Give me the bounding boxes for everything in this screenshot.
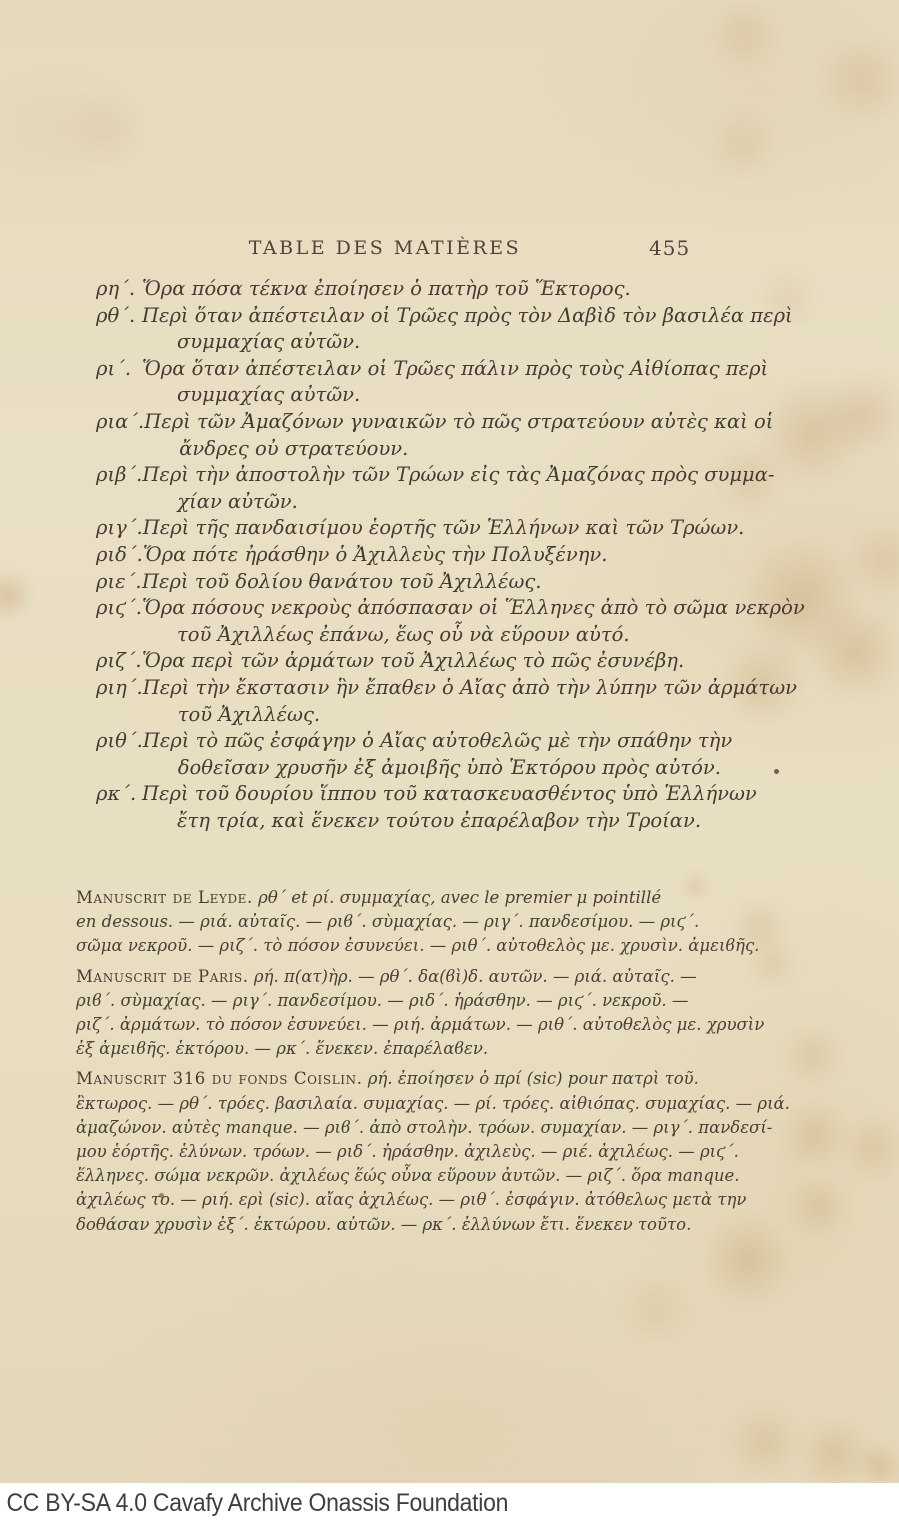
toc-entry: ριδ´. Ὅρα πότε ἠράσθην ὁ Ἀχιλλεὺς τὴν Πο… [96, 542, 696, 569]
toc-entry-label: ριε´. [96, 569, 142, 596]
toc-entry-line: χίαν αὐτῶν. [177, 489, 774, 516]
toc-entry-line: Περὶ τῶν Ἀμαζόνων γυναικῶν τὸ πῶς στρατε… [144, 409, 773, 436]
note-line: δοθάσαν χρυσὶν ἐξ´. ἐκτώρου. αὐτῶν. — ρκ… [76, 1213, 704, 1237]
toc-entry: ρια´. Περὶ τῶν Ἀμαζόνων γυναικῶν τὸ πῶς … [96, 409, 696, 462]
toc-entry-line: Ὅρα περὶ τῶν ἀρμάτων τοῦ Ἀχιλλέως τὸ πῶς… [142, 648, 696, 675]
toc-entry-line: συμμαχίας αὐτῶν. [177, 382, 768, 409]
note-text: ρή. ἐποίησεν ὁ πρί (sic) pour πατρὶ τοῦ. [363, 1069, 699, 1088]
toc-entry-line: συμμαχίας αὐτῶν. [177, 329, 793, 356]
note-line: ἀχιλέως το. — ριή. ερὶ (sic). αἴας ἀχιλέ… [76, 1188, 704, 1212]
toc-entry-line: τοῦ Ἀχιλλέως. [178, 702, 797, 729]
note-coislin: Manuscrit 316 du fonds Coislin. ρή. ἐποί… [76, 1067, 704, 1236]
toc-entry-label: ριζ´. [96, 648, 142, 675]
note-line: Manuscrit de Paris. ρή. π(ατ)ὴρ. — ρθ´. … [76, 967, 697, 986]
toc-entry-line: Ὅρα πόσους νεκροὺς ἀπόσπασαν οἱ Ἕλληνες … [142, 595, 805, 622]
manuscript-notes: Manuscrit de Leyde. ρθ´ et ρί. συμμαχίας… [76, 886, 704, 1243]
note-line: Manuscrit de Leyde. ρθ´ et ρί. συμμαχίας… [76, 888, 661, 907]
toc-entry-label: ριβ´. [96, 462, 142, 515]
note-line: Manuscrit 316 du fonds Coislin. ρή. ἐποί… [76, 1069, 699, 1088]
toc-entry-line: Περὶ τὴν ἀποστολὴν τῶν Τρώων εἰς τὰς Ἀμα… [142, 462, 774, 489]
note-line: ἓκτωρος. — ρθ´. τρόες. βασιλαία. συμαχία… [76, 1092, 704, 1116]
toc-entry: ριϛ´. Ὅρα πόσους νεκροὺς ἀπόσπασαν οἱ Ἕλ… [96, 595, 696, 648]
toc-entry: ριγ´. Περὶ τῆς πανδαισίμου ἑορτῆς τῶν Ἑλ… [96, 515, 696, 542]
toc-entry-label: ρθ´. [96, 303, 142, 356]
toc-entry-label: ριη´. [96, 675, 143, 728]
toc-entry-line: Ὅρα πόσα τέκνα ἐποίησεν ὁ πατὴρ τοῦ Ἕκτο… [142, 276, 696, 303]
toc-entry: ριη´. Περὶ τὴν ἔκστασιν ἣν ἔπαθεν ὁ Αἴας… [96, 675, 696, 728]
toc-entry: ρη´. Ὅρα πόσα τέκνα ἐποίησεν ὁ πατὴρ τοῦ… [96, 276, 696, 303]
note-line: μου ἑόρτῆς. ἑλύνων. τρόων. — ριδ´. ἠράσθ… [76, 1140, 704, 1164]
table-of-contents: ρη´. Ὅρα πόσα τέκνα ἐποίησεν ὁ πατὴρ τοῦ… [96, 276, 696, 834]
toc-entry-label: ρια´. [96, 409, 144, 462]
note-line: ριζ´. ἀρμάτων. τὸ πόσον ἐσυνεύει. — ριή.… [76, 1013, 704, 1037]
toc-entry-line: Περὶ τοῦ δουρίου ἵππου τοῦ κατασκευασθέν… [142, 781, 757, 808]
note-leyde: Manuscrit de Leyde. ρθ´ et ρί. συμμαχίας… [76, 886, 704, 959]
toc-entry: ριβ´. Περὶ τὴν ἀποστολὴν τῶν Τρώων εἰς τ… [96, 462, 696, 515]
note-line: ἐξ ἀμειϐῆς. ἑκτόρου. — ρκ´. ἕνεκεν. ἐπαρ… [76, 1037, 704, 1061]
note-line: ριϐ´. σὺμαχίας. — ριγ´. πανδεσίμου. — ρι… [76, 989, 704, 1013]
toc-entry-line: Περὶ τῆς πανδαισίμου ἑορτῆς τῶν Ἑλλήνων … [143, 515, 745, 542]
toc-entry-label: ρκ´. [96, 781, 142, 834]
note-line: ἕλληνες. σώμα νεκρῶν. ἀχιλέως ἕώς οὖνα ε… [76, 1164, 704, 1188]
toc-entry-label: ριϛ´. [96, 595, 142, 648]
toc-entry-line: ἄνδρες οὐ στρατεύουν. [179, 436, 773, 463]
toc-entry: ρι´. Ὅρα ὅταν ἀπέστειλαν οἱ Τρῶες πάλιν … [96, 356, 696, 409]
note-line: σῶμα νεκροῦ. — ριζ´. τὸ πόσον ἐσυνεύει. … [76, 934, 704, 958]
toc-entry-line: Ὅρα ὅταν ἀπέστειλαν οἱ Τρῶες πάλιν πρὸς … [142, 356, 768, 383]
note-text: ρθ´ et ρί. συμμαχίας, avec le premier μ … [253, 888, 661, 907]
toc-entry-label: ριθ´. [96, 728, 143, 781]
toc-entry-line: Περὶ τὸ πῶς ἐσφάγην ὁ Αἴας αὐτοθελῶς μὲ … [143, 728, 732, 755]
toc-entry-label: ριγ´. [96, 515, 143, 542]
toc-entry-line: Ὅρα πότε ἠράσθην ὁ Ἀχιλλεὺς τὴν Πολυξένη… [143, 542, 696, 569]
note-line: en dessous. — ριά. αὐταῖς. — ριϐ´. σὺμαχ… [76, 910, 704, 934]
page-number: 455 [649, 236, 690, 260]
license-bar: CC BY-SA 4.0 Cavafy Archive Onassis Foun… [0, 1483, 899, 1526]
note-lead: Manuscrit de Leyde. [76, 888, 253, 907]
toc-entry-line: ἔτη τρία, καὶ ἕνεκεν τούτου ἐπαρέλαβον τ… [177, 808, 757, 835]
toc-entry-line: δοθεῖσαν χρυσῆν ἐξ ἀμοιβῆς ὑπὸ Ἑκτόρου π… [178, 755, 732, 782]
toc-entry: ριθ´. Περὶ τὸ πῶς ἐσφάγην ὁ Αἴας αὐτοθελ… [96, 728, 696, 781]
toc-entry: ρθ´. Περὶ ὅταν ἀπέστειλαν οἱ Τρῶες πρὸς … [96, 303, 696, 356]
toc-entry-label: ρη´. [96, 276, 142, 303]
toc-entry-line: Περὶ τοῦ δολίου θανάτου τοῦ Ἀχιλλέως. [142, 569, 696, 596]
toc-entry: ριε´. Περὶ τοῦ δολίου θανάτου τοῦ Ἀχιλλέ… [96, 569, 696, 596]
toc-entry-line: Περὶ ὅταν ἀπέστειλαν οἱ Τρῶες πρὸς τὸν Δ… [142, 303, 793, 330]
license-caption: CC BY-SA 4.0 Cavafy Archive Onassis Foun… [0, 1483, 827, 1524]
toc-entry-line: Περὶ τὴν ἔκστασιν ἣν ἔπαθεν ὁ Αἴας ἀπὸ τ… [143, 675, 797, 702]
toc-entry-line: τοῦ Ἀχιλλέως ἐπάνω, ἕως οὗ νὰ εὕρουν αὐτ… [177, 622, 805, 649]
note-text: ρή. π(ατ)ὴρ. — ρθ´. δα(ϐὶ)δ. αυτῶν. — ρι… [249, 967, 697, 986]
note-lead: Manuscrit 316 du fonds Coislin. [76, 1069, 363, 1088]
note-lead: Manuscrit de Paris. [76, 967, 249, 986]
toc-entry: ριζ´. Ὅρα περὶ τῶν ἀρμάτων τοῦ Ἀχιλλέως … [96, 648, 696, 675]
toc-entry-label: ριδ´. [96, 542, 143, 569]
toc-entry-label: ρι´. [96, 356, 142, 409]
note-line: ἀμαζώνον. αὐτὲς manque. — ριϐ´. ἀπὸ στολ… [76, 1116, 704, 1140]
toc-entry: ρκ´. Περὶ τοῦ δουρίου ἵππου τοῦ κατασκευ… [96, 781, 696, 834]
note-paris: Manuscrit de Paris. ρή. π(ατ)ὴρ. — ρθ´. … [76, 965, 704, 1062]
